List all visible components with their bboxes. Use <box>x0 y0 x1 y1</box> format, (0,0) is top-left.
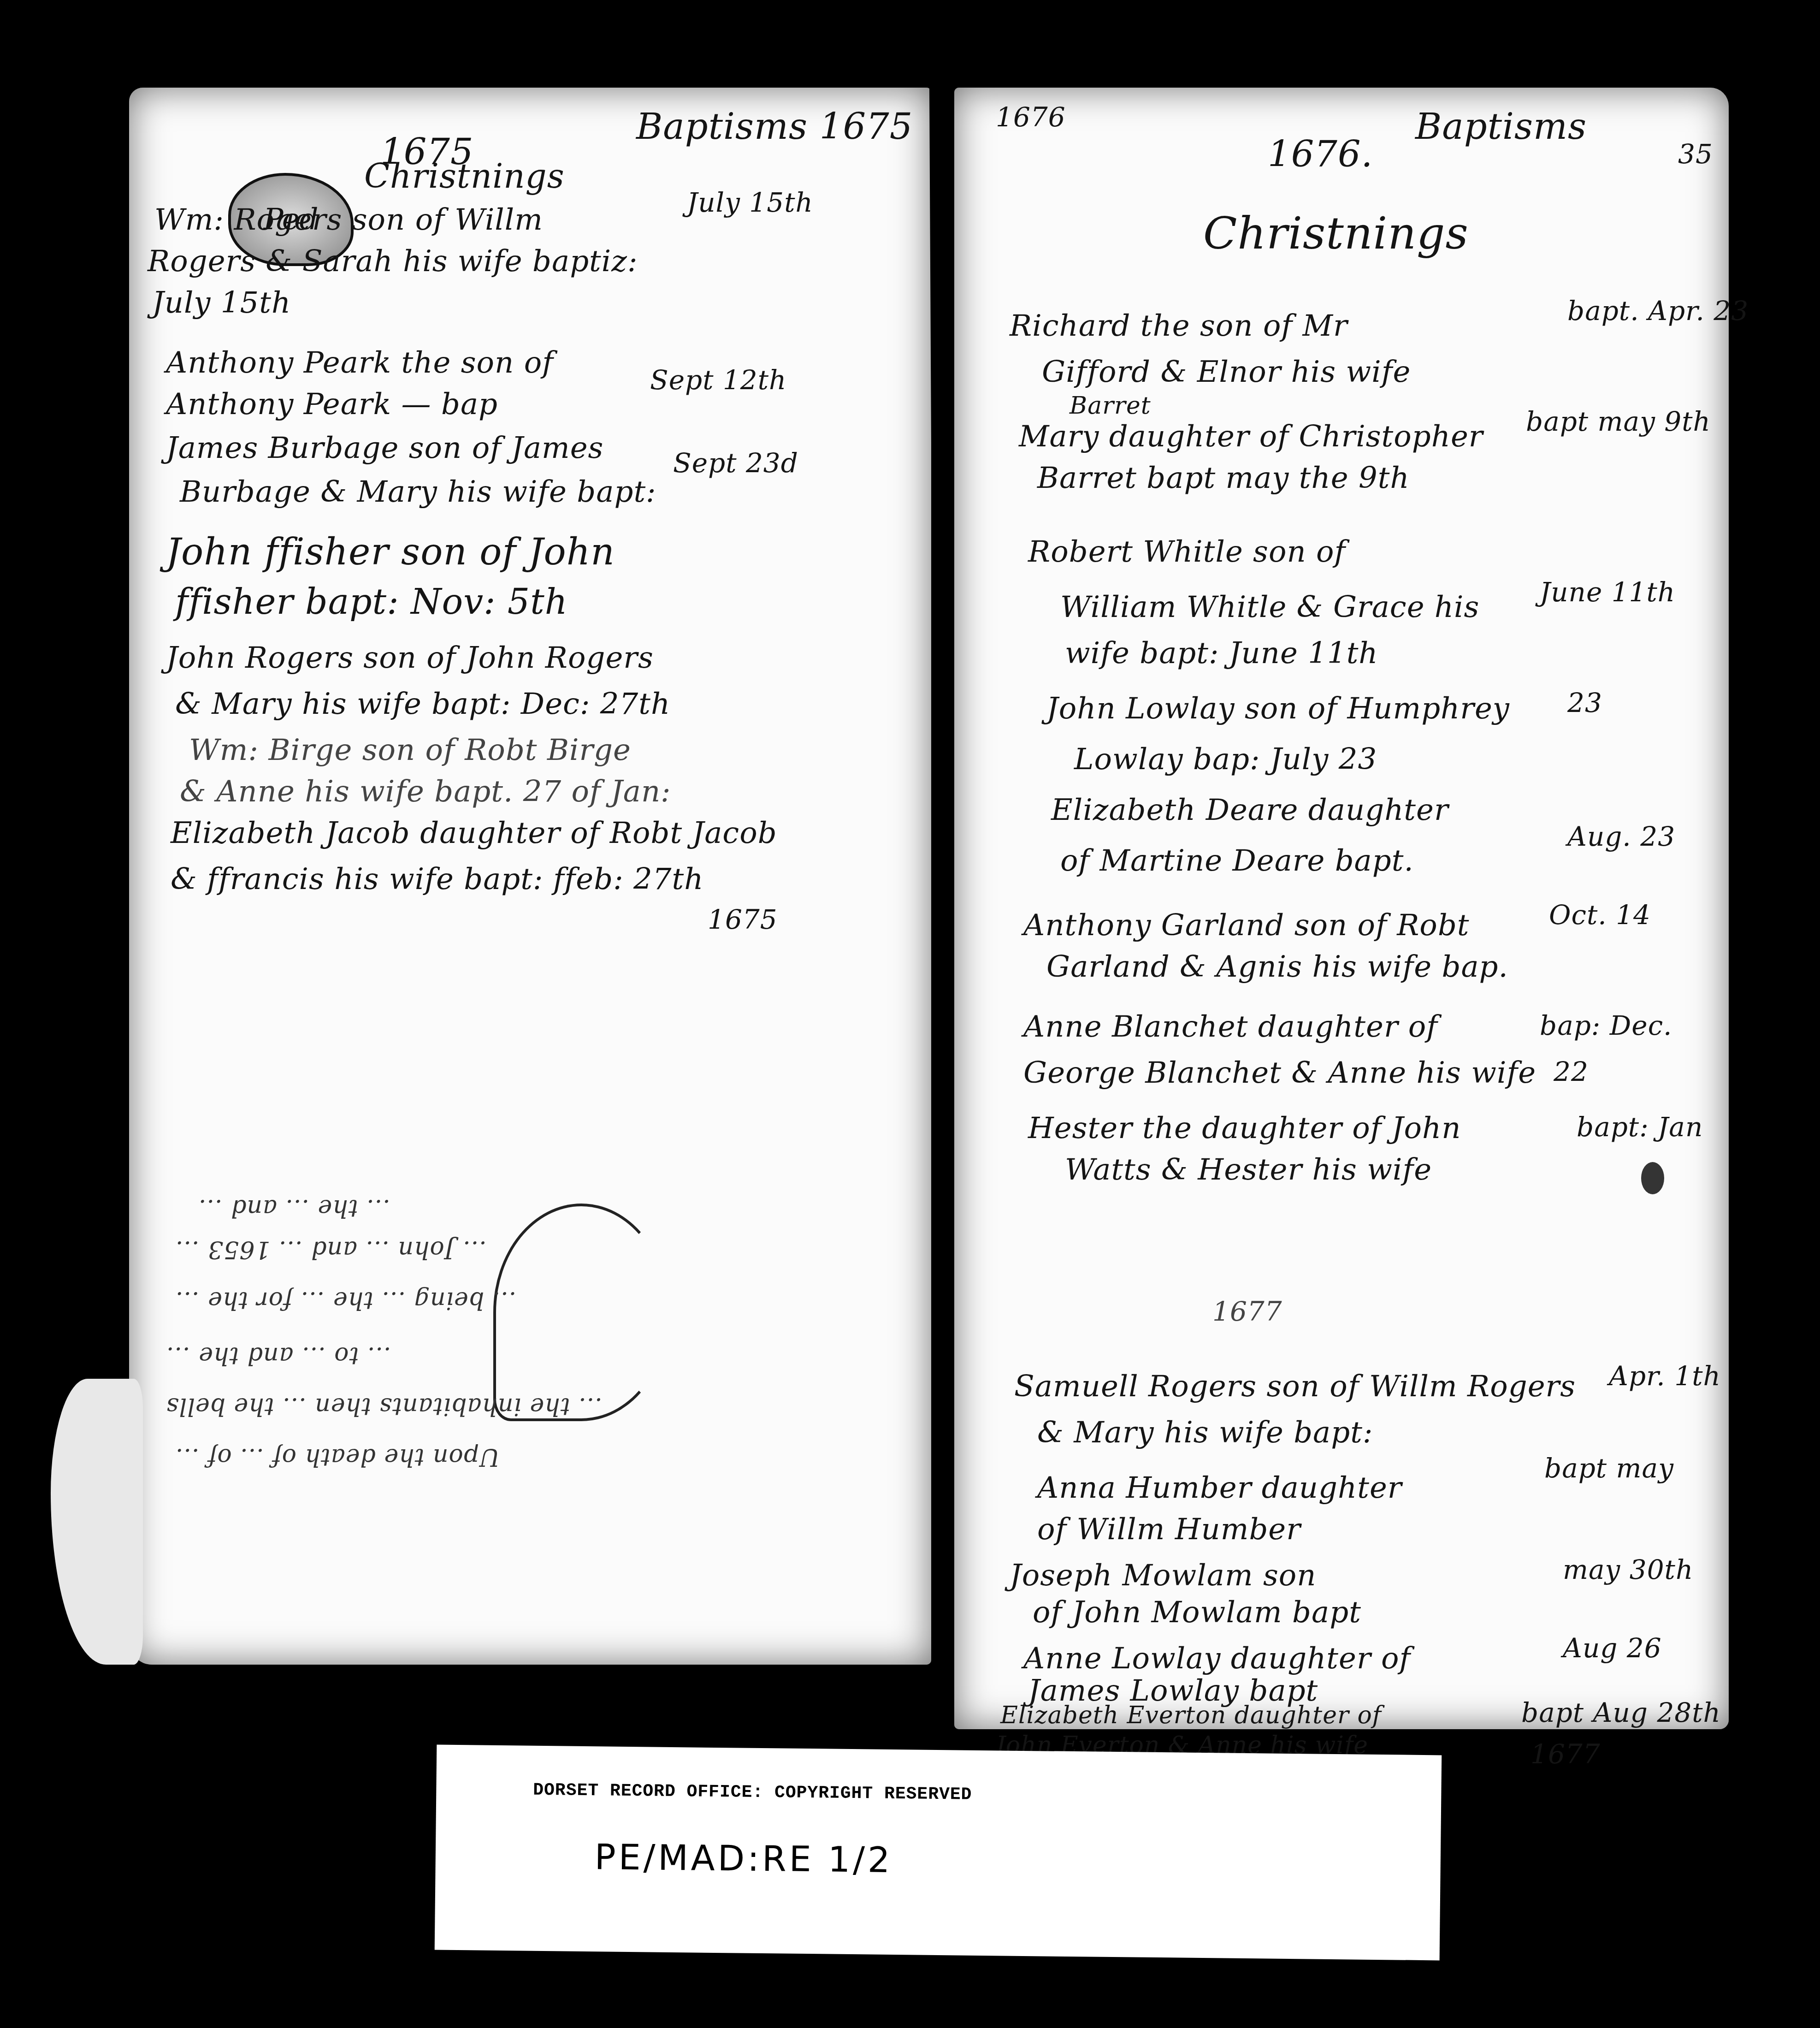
entry-line: Samuell Rogers son of Willm Rogers <box>1014 1370 1576 1404</box>
right-page-subtitle: Christnings <box>1203 208 1469 259</box>
inverted-line: Upon the death of ... of ... <box>175 1443 500 1471</box>
archive-reference-card: DORSET RECORD OFFICE: COPYRIGHT RESERVED… <box>435 1745 1442 1961</box>
entry-line: John ffisher son of John <box>166 530 615 573</box>
entry-date: Apr. 1th <box>1609 1360 1721 1392</box>
entry-line: Anthony Peark the son of <box>166 346 554 380</box>
entry-date: bap: Dec. <box>1540 1010 1672 1041</box>
inverted-line: ... to ... and the ... <box>166 1342 391 1370</box>
entry-date: may 30th <box>1563 1554 1693 1585</box>
entry-line: & ffrancis his wife bapt: ffeb: 27th <box>171 862 703 896</box>
entry-date: bapt may <box>1544 1453 1674 1484</box>
torn-page-edge <box>51 1379 143 1665</box>
inverted-line: ... the inhabitants then ... the bells <box>166 1393 603 1420</box>
entry-line: John Lowlay son of Humphrey <box>1046 692 1510 726</box>
document-reference: PE/MAD:RE 1/2 <box>594 1836 892 1880</box>
entry-line: Garland & Agnis his wife bap. <box>1046 950 1508 984</box>
copyright-notice: DORSET RECORD OFFICE: COPYRIGHT RESERVED <box>533 1780 972 1805</box>
entry-line: Lowlay bap: July 23 <box>1074 742 1377 777</box>
entry-line: & Mary his wife bapt: <box>1037 1416 1373 1450</box>
entry-line: Anne Lowlay daughter of <box>1023 1642 1411 1676</box>
left-register-page: Ped 1675 Baptisms 1675 Christnings Wm: R… <box>129 88 931 1665</box>
entry-line: Anthony Garland son of Robt <box>1023 908 1470 943</box>
entry-line: Anne Blanchet daughter of <box>1023 1010 1438 1044</box>
entry-line: Gifford & Elnor his wife <box>1042 355 1411 389</box>
entry-date: Aug 26 <box>1563 1632 1662 1664</box>
entry-date: Sept 23d <box>673 447 798 479</box>
entry-line: ffisher bapt: Nov: 5th <box>175 581 568 622</box>
entry-line: Richard the son of Mr <box>1010 309 1348 343</box>
entry-date: July 15th <box>687 187 813 218</box>
entry-line: Rogers & Sarah his wife baptiz: <box>148 244 638 279</box>
entry-line: Wm: Birge son of Robt Birge <box>189 733 631 767</box>
inverted-line: ... the ... and ... <box>198 1194 390 1222</box>
entry-line: Burbage & Mary his wife bapt: <box>180 475 656 509</box>
entry-line: of John Mowlam bapt <box>1033 1595 1361 1630</box>
entry-line: wife bapt: June 11th <box>1065 636 1378 670</box>
entry-line: Elizabeth Deare daughter <box>1051 793 1449 827</box>
entry-line: Elizabeth Jacob daughter of Robt Jacob <box>171 816 777 850</box>
entry-line: Robert Whitle son of <box>1028 535 1346 569</box>
entry-line: of Martine Deare bapt. <box>1060 844 1414 878</box>
entry-line: Joseph Mowlam son <box>1010 1559 1317 1593</box>
entry-date: bapt may 9th <box>1526 406 1711 437</box>
entry-line: & Anne his wife bapt. 27 of Jan: <box>180 775 671 809</box>
binding-gutter-left <box>929 69 942 1697</box>
right-register-page: 1676 1676. Baptisms 35 Christnings Richa… <box>954 88 1729 1729</box>
entry-date: bapt: Jan <box>1577 1111 1703 1143</box>
entry-line: Hester the daughter of John <box>1028 1111 1461 1145</box>
entry-date: Aug. 23 <box>1567 821 1675 852</box>
entry-line: Barret bapt may the 9th <box>1037 461 1410 495</box>
inverted-line: ... being ... the ... for the ... <box>175 1287 516 1314</box>
left-page-title: Baptisms 1675 <box>636 106 913 148</box>
entry-line: Elizabeth Everton daughter of <box>1000 1702 1382 1729</box>
right-page-title: Baptisms <box>1415 106 1587 148</box>
entry-line: Anna Humber daughter <box>1037 1471 1402 1505</box>
inverted-line: ... John ... and ... 1653 ... <box>175 1236 487 1263</box>
entry-line: Watts & Hester his wife <box>1065 1153 1432 1187</box>
signature-flourish <box>493 1204 669 1421</box>
left-footer-year: 1675 <box>708 904 778 935</box>
page-number: 35 <box>1678 138 1713 170</box>
entry-line: Anthony Peark — bap <box>166 387 498 421</box>
right-corner-year: 1676 <box>996 101 1066 133</box>
entry-insertion: Barret <box>1070 392 1151 420</box>
entry-line: Mary daughter of Christopher <box>1019 420 1483 454</box>
entry-date: 22 <box>1554 1056 1589 1087</box>
entry-line: William Whitle & Grace his <box>1060 590 1479 624</box>
left-page-subtitle: Christnings <box>364 157 565 196</box>
entry-line: of Willm Humber <box>1037 1512 1301 1547</box>
entry-line: July 15th <box>152 286 291 320</box>
entry-line: George Blanchet & Anne his wife <box>1023 1056 1536 1090</box>
entry-date: Oct. 14 <box>1549 899 1651 931</box>
entry-line: & Mary his wife bapt: Dec: 27th <box>175 687 670 721</box>
entry-line: Wm: Rogers son of Willm <box>154 203 543 237</box>
entry-date: 23 <box>1567 687 1602 718</box>
entry-line: John Rogers son of John Rogers <box>166 641 654 675</box>
mid-year-header: 1677 <box>1212 1296 1282 1327</box>
right-footer-year: 1677 <box>1530 1738 1601 1770</box>
entry-date: Sept 12th <box>650 364 786 396</box>
entry-date: bapt Aug 28th <box>1521 1697 1721 1728</box>
ink-blot <box>1641 1162 1664 1194</box>
right-year-header: 1676. <box>1268 134 1373 175</box>
entry-line: James Burbage son of James <box>166 431 603 465</box>
entry-date: June 11th <box>1540 576 1675 608</box>
entry-date: bapt. Apr. 23 <box>1567 295 1749 326</box>
